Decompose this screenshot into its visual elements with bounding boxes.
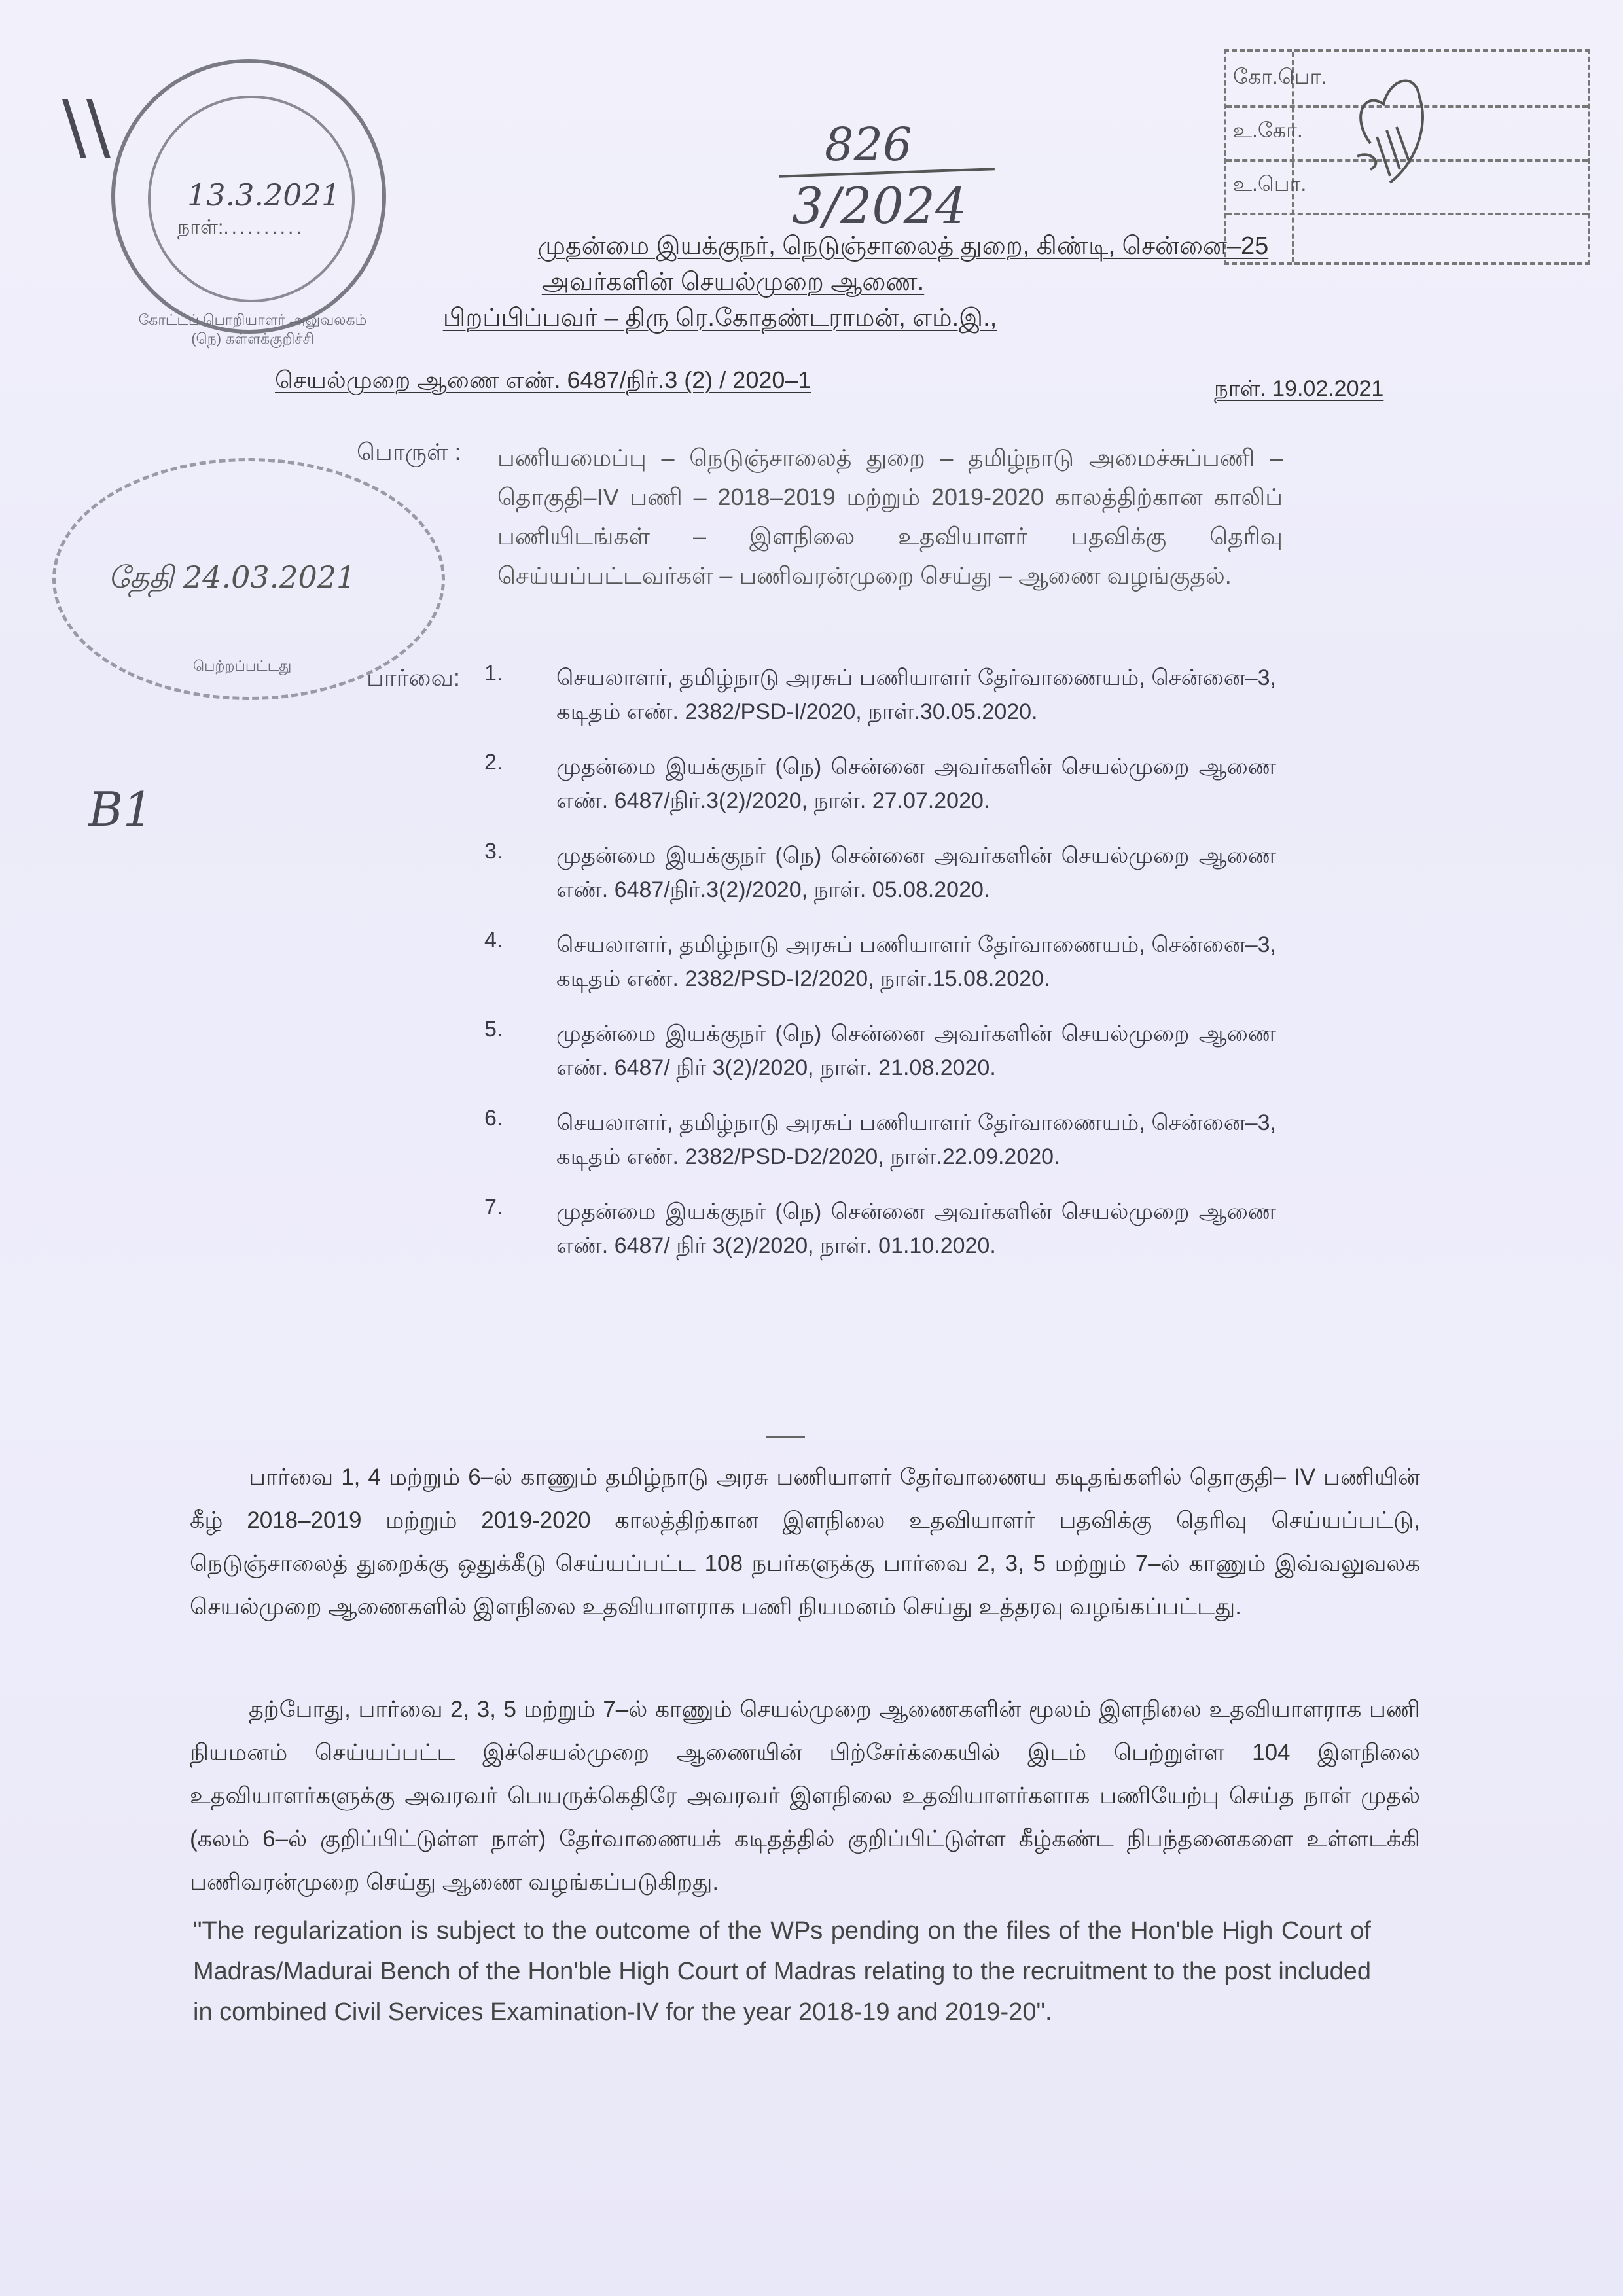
- reference-number: 1.: [484, 661, 556, 729]
- routing-label: உ.பொ.: [1233, 172, 1306, 199]
- reference-item: 2. முதன்மை இயக்குநர் (நெ) சென்னை அவர்களி…: [484, 750, 1276, 818]
- body-paragraph-2: தற்போது, பார்வை 2, 3, 5 மற்றும் 7–ல் காண…: [190, 1688, 1420, 1904]
- issuer-title: முதன்மை இயக்குநர், நெடுஞ்சாலைத் துறை, கி…: [538, 232, 1268, 260]
- reference-item: 1. செயலாளர், தமிழ்நாடு அரசுப் பணியாளர் த…: [484, 661, 1276, 729]
- reference-number: 3.: [484, 839, 556, 907]
- reference-item: 5. முதன்மை இயக்குநர் (நெ) சென்னை அவர்களி…: [484, 1017, 1276, 1085]
- header-order-type: அவர்களின் செயல்முறை ஆணை.: [0, 268, 1544, 300]
- reference-number: 4.: [484, 928, 556, 996]
- reference-text: முதன்மை இயக்குநர் (நெ) சென்னை அவர்களின் …: [556, 750, 1276, 818]
- routing-label: கோ.பொ.: [1233, 65, 1327, 92]
- initials-signature-icon: [1344, 65, 1436, 196]
- reference-item: 6. செயலாளர், தமிழ்நாடு அரசுப் பணியாளர் த…: [484, 1106, 1276, 1174]
- reference-text: செயலாளர், தமிழ்நாடு அரசுப் பணியாளர் தேர்…: [556, 661, 1276, 729]
- file-number-top: 826: [825, 118, 912, 171]
- office-seal-date: 13.3.2021: [187, 177, 340, 213]
- reference-item: 7. முதன்மை இயக்குநர் (நெ) சென்னை அவர்களி…: [484, 1195, 1276, 1263]
- paragraph-1-text: பார்வை 1, 4 மற்றும் 6–ல் காணும் தமிழ்நாட…: [190, 1464, 1420, 1619]
- reference-item: 4. செயலாளர், தமிழ்நாடு அரசுப் பணியாளர் த…: [484, 928, 1276, 996]
- issued-by: பிறப்பிப்பவர் – திரு ரெ.கோதண்டராமன், எம்…: [443, 304, 997, 332]
- reference-text: முதன்மை இயக்குநர் (நெ) சென்னை அவர்களின் …: [556, 1195, 1276, 1263]
- received-date-value: 24.03.2021: [183, 559, 355, 595]
- references-label: பார்வை:: [366, 664, 460, 695]
- routing-label: உ.கோ.: [1233, 118, 1303, 145]
- handwritten-tick-marks: \\: [62, 85, 111, 169]
- body-paragraph-1: பார்வை 1, 4 மற்றும் 6–ல் காணும் தமிழ்நாட…: [190, 1456, 1420, 1629]
- received-stamp-ring-text: பெற்றப்பட்டது: [193, 658, 291, 677]
- margin-mark: B1: [88, 782, 153, 837]
- reference-text: முதன்மை இயக்குநர் (நெ) சென்னை அவர்களின் …: [556, 1017, 1276, 1085]
- received-date-prefix: தேதி: [108, 559, 173, 595]
- reference-number: 2.: [484, 750, 556, 818]
- section-separator: [766, 1436, 805, 1438]
- regularization-condition-quote: "The regularization is subject to the ou…: [193, 1911, 1371, 2032]
- file-number-bottom: 3/2024: [792, 177, 967, 235]
- reference-text: செயலாளர், தமிழ்நாடு அரசுப் பணியாளர் தேர்…: [556, 1106, 1276, 1174]
- reference-number: 7.: [484, 1195, 556, 1263]
- order-type: அவர்களின் செயல்முறை ஆணை.: [542, 268, 924, 296]
- reference-text: முதன்மை இயக்குநர் (நெ) சென்னை அவர்களின் …: [556, 839, 1276, 907]
- reference-number: 5.: [484, 1017, 556, 1085]
- paragraph-2-text: தற்போது, பார்வை 2, 3, 5 மற்றும் 7–ல் காண…: [190, 1697, 1420, 1895]
- header-issued-by: பிறப்பிப்பவர் – திரு ரெ.கோதண்டராமன், எம்…: [0, 304, 1531, 336]
- subject-label: பொருள் :: [357, 438, 461, 469]
- reference-text: செயலாளர், தமிழ்நாடு அரசுப் பணியாளர் தேர்…: [556, 928, 1276, 996]
- order-date: நாள். 19.02.2021: [1214, 376, 1383, 404]
- order-number: செயல்முறை ஆணை எண். 6487/நிர்.3 (2) / 202…: [275, 366, 811, 397]
- received-date: தேதி 24.03.2021: [108, 559, 355, 599]
- reference-number: 6.: [484, 1106, 556, 1174]
- header-issuer: முதன்மை இயக்குநர், நெடுஞ்சாலைத் துறை, கி…: [92, 232, 1623, 264]
- reference-item: 3. முதன்மை இயக்குநர் (நெ) சென்னை அவர்களி…: [484, 839, 1276, 907]
- references-list: 1. செயலாளர், தமிழ்நாடு அரசுப் பணியாளர் த…: [484, 661, 1276, 1284]
- subject-text: பணியமைப்பு – நெடுஞ்சாலைத் துறை – தமிழ்நா…: [497, 438, 1283, 595]
